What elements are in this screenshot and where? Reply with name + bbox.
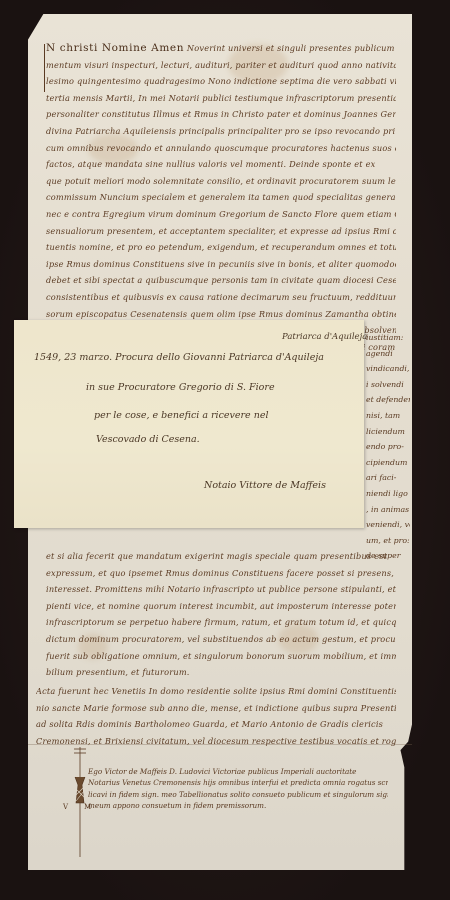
text-line: tuentis nomine, et pro eo petendum, exig… xyxy=(46,239,396,256)
text-line: et si alia fecerit que mandatum exigerin… xyxy=(46,548,396,565)
text-line: expressum, et quo ipsemet Rmus dominus C… xyxy=(46,565,396,582)
text-line: licavi in fidem sign. meo Tabellionatus … xyxy=(88,789,388,800)
text-line: mentum visuri inspecturi, lecturi, audit… xyxy=(46,57,396,74)
archival-note-slip: Patriarca d'Aquileja 1549, 23 marzo. Pro… xyxy=(14,320,364,528)
text-line: ipse Rmus dominus Constituens sive in pe… xyxy=(46,256,396,273)
slip-line: 1549, 23 marzo. Procura dello Giovanni P… xyxy=(34,352,324,363)
text-line: consistentibus et quibusvis ex causa rat… xyxy=(46,289,396,306)
text-line: meum appono consuetum in fidem premissor… xyxy=(88,800,388,811)
text-line: que potuit meliori modo solemnitate cons… xyxy=(46,173,396,190)
text-line: dictum dominum procuratorem, vel substit… xyxy=(46,631,396,648)
text-line: personaliter constitutus Illmus et Rmus … xyxy=(46,106,396,123)
text-line: interesset. Promittens mihi Notario infr… xyxy=(46,581,396,598)
text-line: pienti vice, et nomine quorum interest i… xyxy=(46,598,396,615)
lower-text-block: et si alia fecerit que mandatum exigerin… xyxy=(46,548,396,681)
text-line: tertia mensis Martii, In mei Notarii pub… xyxy=(46,90,396,107)
incipit: N christi Nomine Amen xyxy=(46,42,184,54)
text-line: Notarius Venetus Cremonensis hijs omnibu… xyxy=(88,777,388,788)
notarial-signum-icon xyxy=(70,745,90,857)
text-line: fuerit sub obligatione omnium, et singul… xyxy=(46,648,396,665)
notarial-subscription: Ego Victor de Maffeis D. Ludovici Victor… xyxy=(88,766,388,812)
text-line: bilium presentium, et futurorum. xyxy=(46,664,396,681)
text-line: nio sancte Marie formose sub anno die, m… xyxy=(36,700,396,717)
text-line: divina Patriarcha Aquileiensis principal… xyxy=(46,123,396,140)
signum-initial-v: V xyxy=(63,803,68,811)
text-line: lesimo quingentesimo quadragesimo Nono i… xyxy=(46,73,396,90)
text-line: commissum Nuncium specialem et generalem… xyxy=(46,189,396,206)
text-line: nec e contra Egregium virum dominum Greg… xyxy=(46,206,396,223)
slip-line: in sue Procuratore Gregorio di S. Fiore xyxy=(86,382,275,393)
slip-heading: Patriarca d'Aquileja xyxy=(282,332,367,342)
text-line: Cremonensi, et Brixiensi civitatum, vel … xyxy=(36,733,396,750)
text-line: sensualiorum presentem, et acceptantem s… xyxy=(46,223,396,240)
text-line: ad solita Rdis dominis Bartholomeo Guard… xyxy=(36,716,396,733)
text-line: Acta fuerunt hec Venetiis In domo reside… xyxy=(36,683,396,700)
main-text-block: N christi Nomine Amen Noverint universi … xyxy=(46,40,396,355)
text-line: debet et sibi spectat a quibuscumque per… xyxy=(46,272,396,289)
acta-block: Acta fuerunt hec Venetiis In domo reside… xyxy=(36,683,396,749)
text-line: factos, atque mandata sine nullius valor… xyxy=(46,156,396,173)
right-column-text: iustitiam: agendi vindicandi, i solvendi… xyxy=(366,330,410,564)
text-line: Ego Victor de Maffeis D. Ludovici Victor… xyxy=(88,766,388,777)
slip-signature: Notaio Vittore de Maffeis xyxy=(204,480,326,491)
text-line: infrascriptorum se perpetuo habere firmu… xyxy=(46,614,396,631)
slip-line: per le cose, e benefici a ricevere nel xyxy=(94,410,268,421)
slip-line: Vescovado di Cesena. xyxy=(96,434,200,445)
text-line-1: N christi Nomine Amen Noverint universi … xyxy=(46,40,396,57)
text-line: cum omnibus revocando et annulando quosc… xyxy=(46,140,396,157)
illuminated-initial-i xyxy=(44,44,45,92)
